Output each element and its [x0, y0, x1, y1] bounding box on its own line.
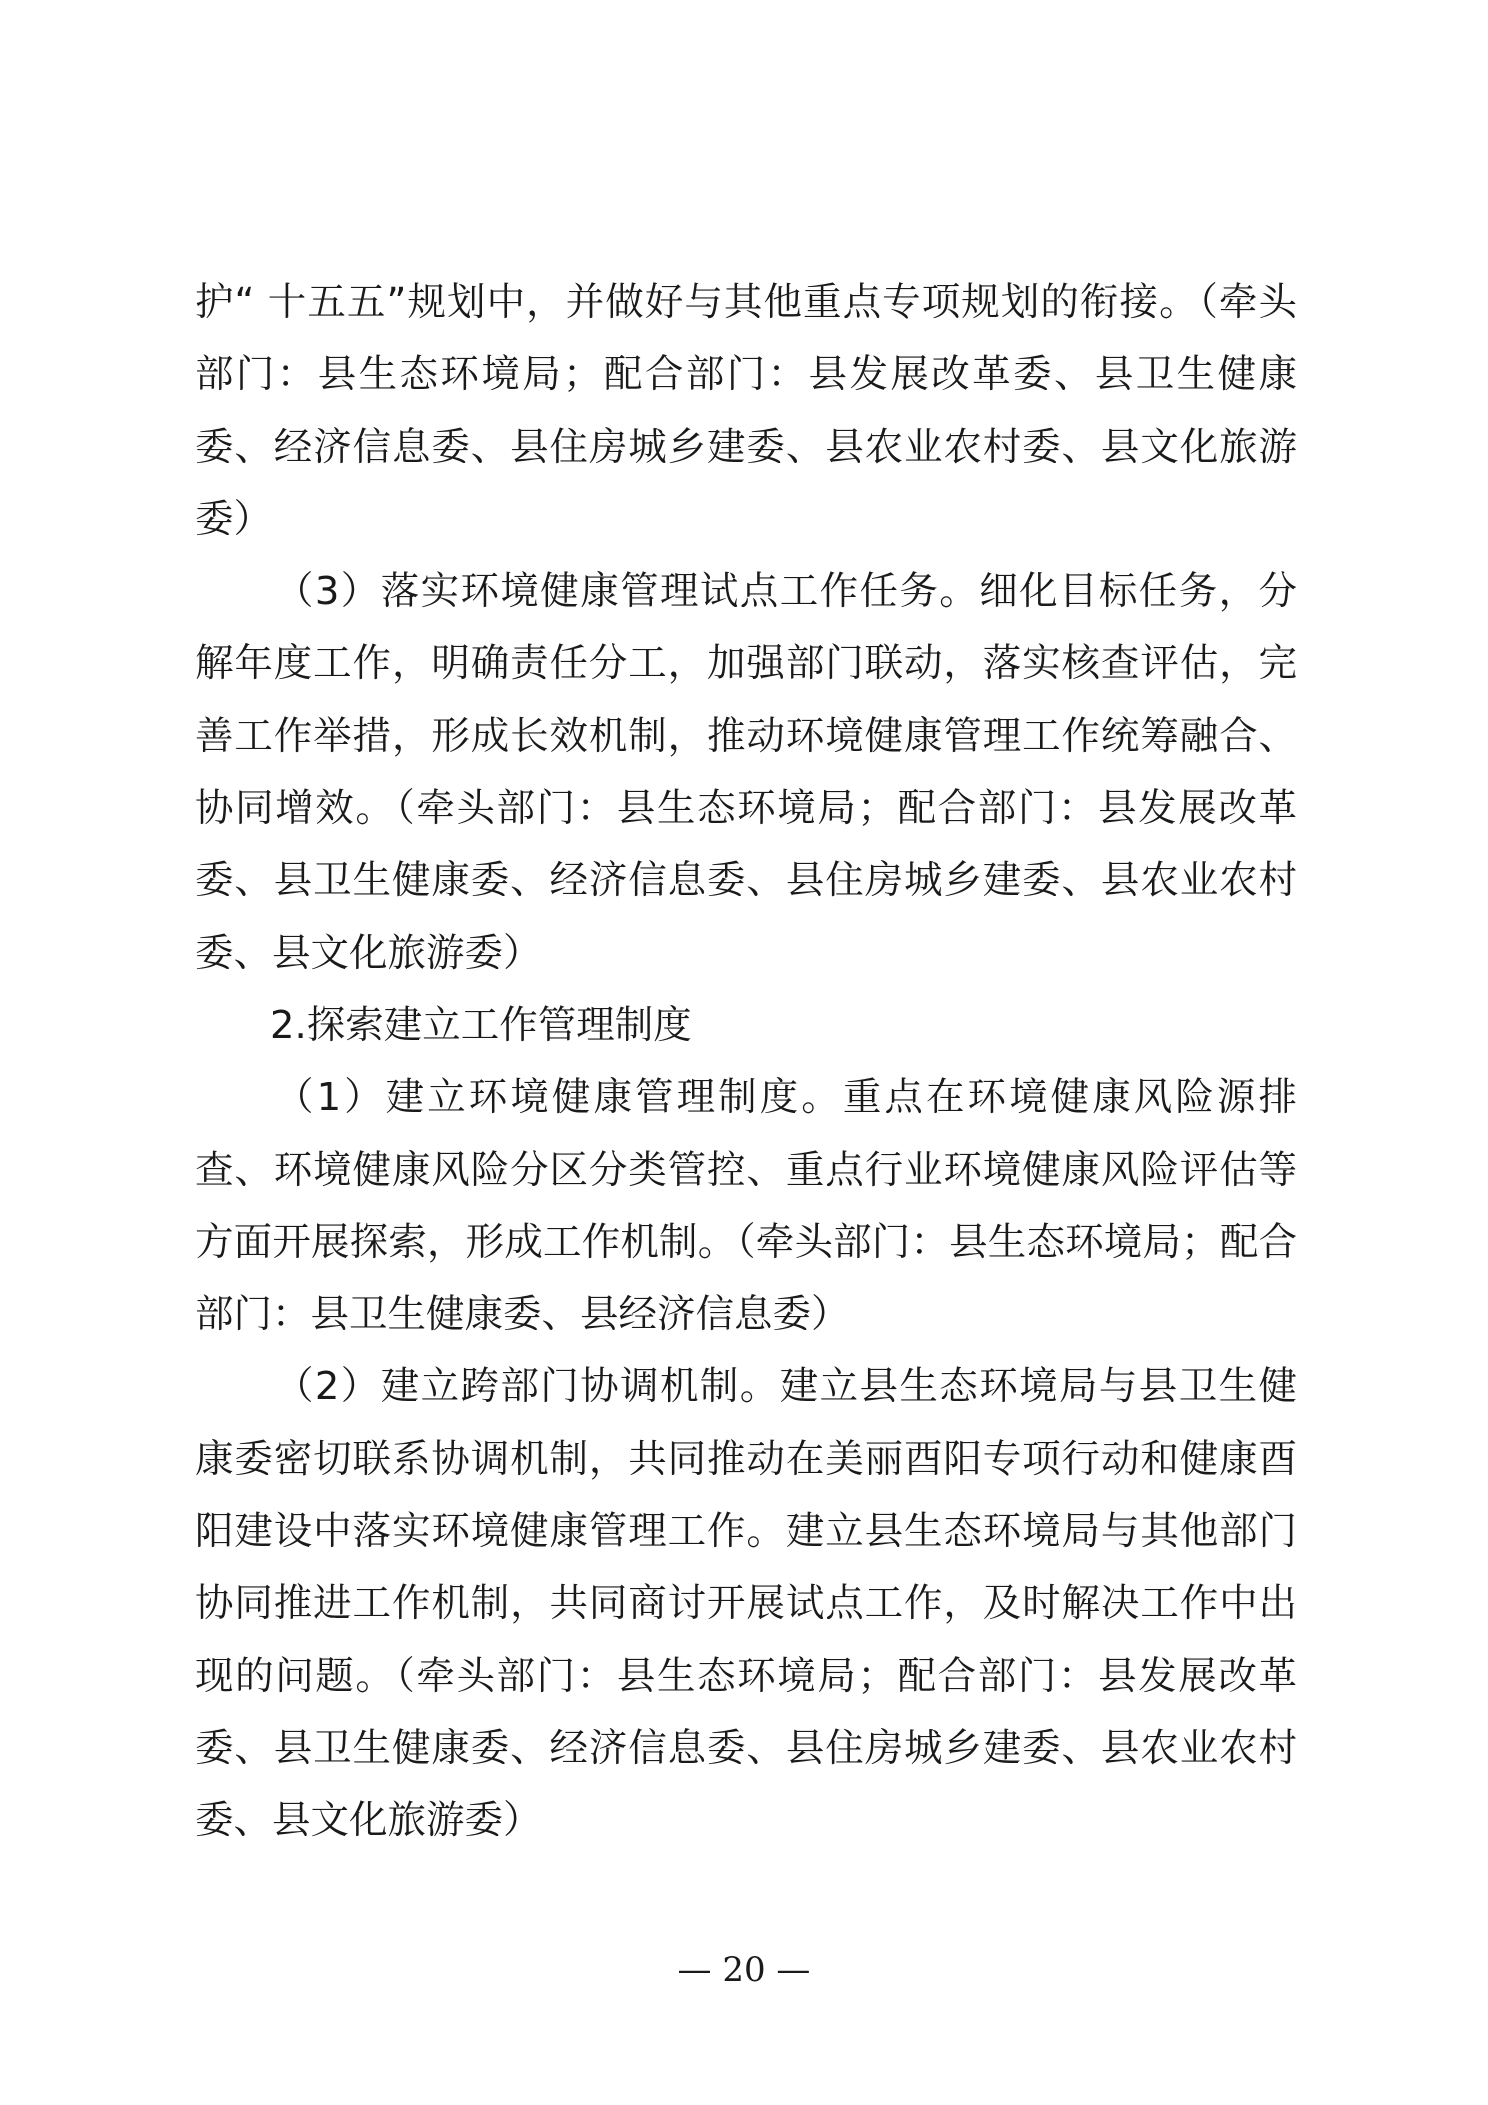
page-number: — 20 —	[0, 1950, 1488, 1990]
paragraph-continuation: 护“ 十五五”规划中，并做好与其他重点专项规划的衔接。（牵头部门：县生态环境局；…	[195, 267, 1297, 556]
paragraph-item-3: （3）落实环境健康管理试点工作任务。细化目标任务，分解年度工作，明确责任分工，加…	[195, 556, 1297, 990]
paragraph-item-1: （1）建立环境健康管理制度。重点在环境健康风险源排查、环境健康风险分区分类管控、…	[195, 1062, 1297, 1351]
paragraph-item-2: （2）建立跨部门协调机制。建立县生态环境局与县卫生健康委密切联系协调机制，共同推…	[195, 1351, 1297, 1857]
section-heading: 2.探索建立工作管理制度	[195, 990, 1297, 1062]
document-body: 护“ 十五五”规划中，并做好与其他重点专项规划的衔接。（牵头部门：县生态环境局；…	[195, 267, 1297, 1858]
document-page: 护“ 十五五”规划中，并做好与其他重点专项规划的衔接。（牵头部门：县生态环境局；…	[0, 0, 1488, 2105]
